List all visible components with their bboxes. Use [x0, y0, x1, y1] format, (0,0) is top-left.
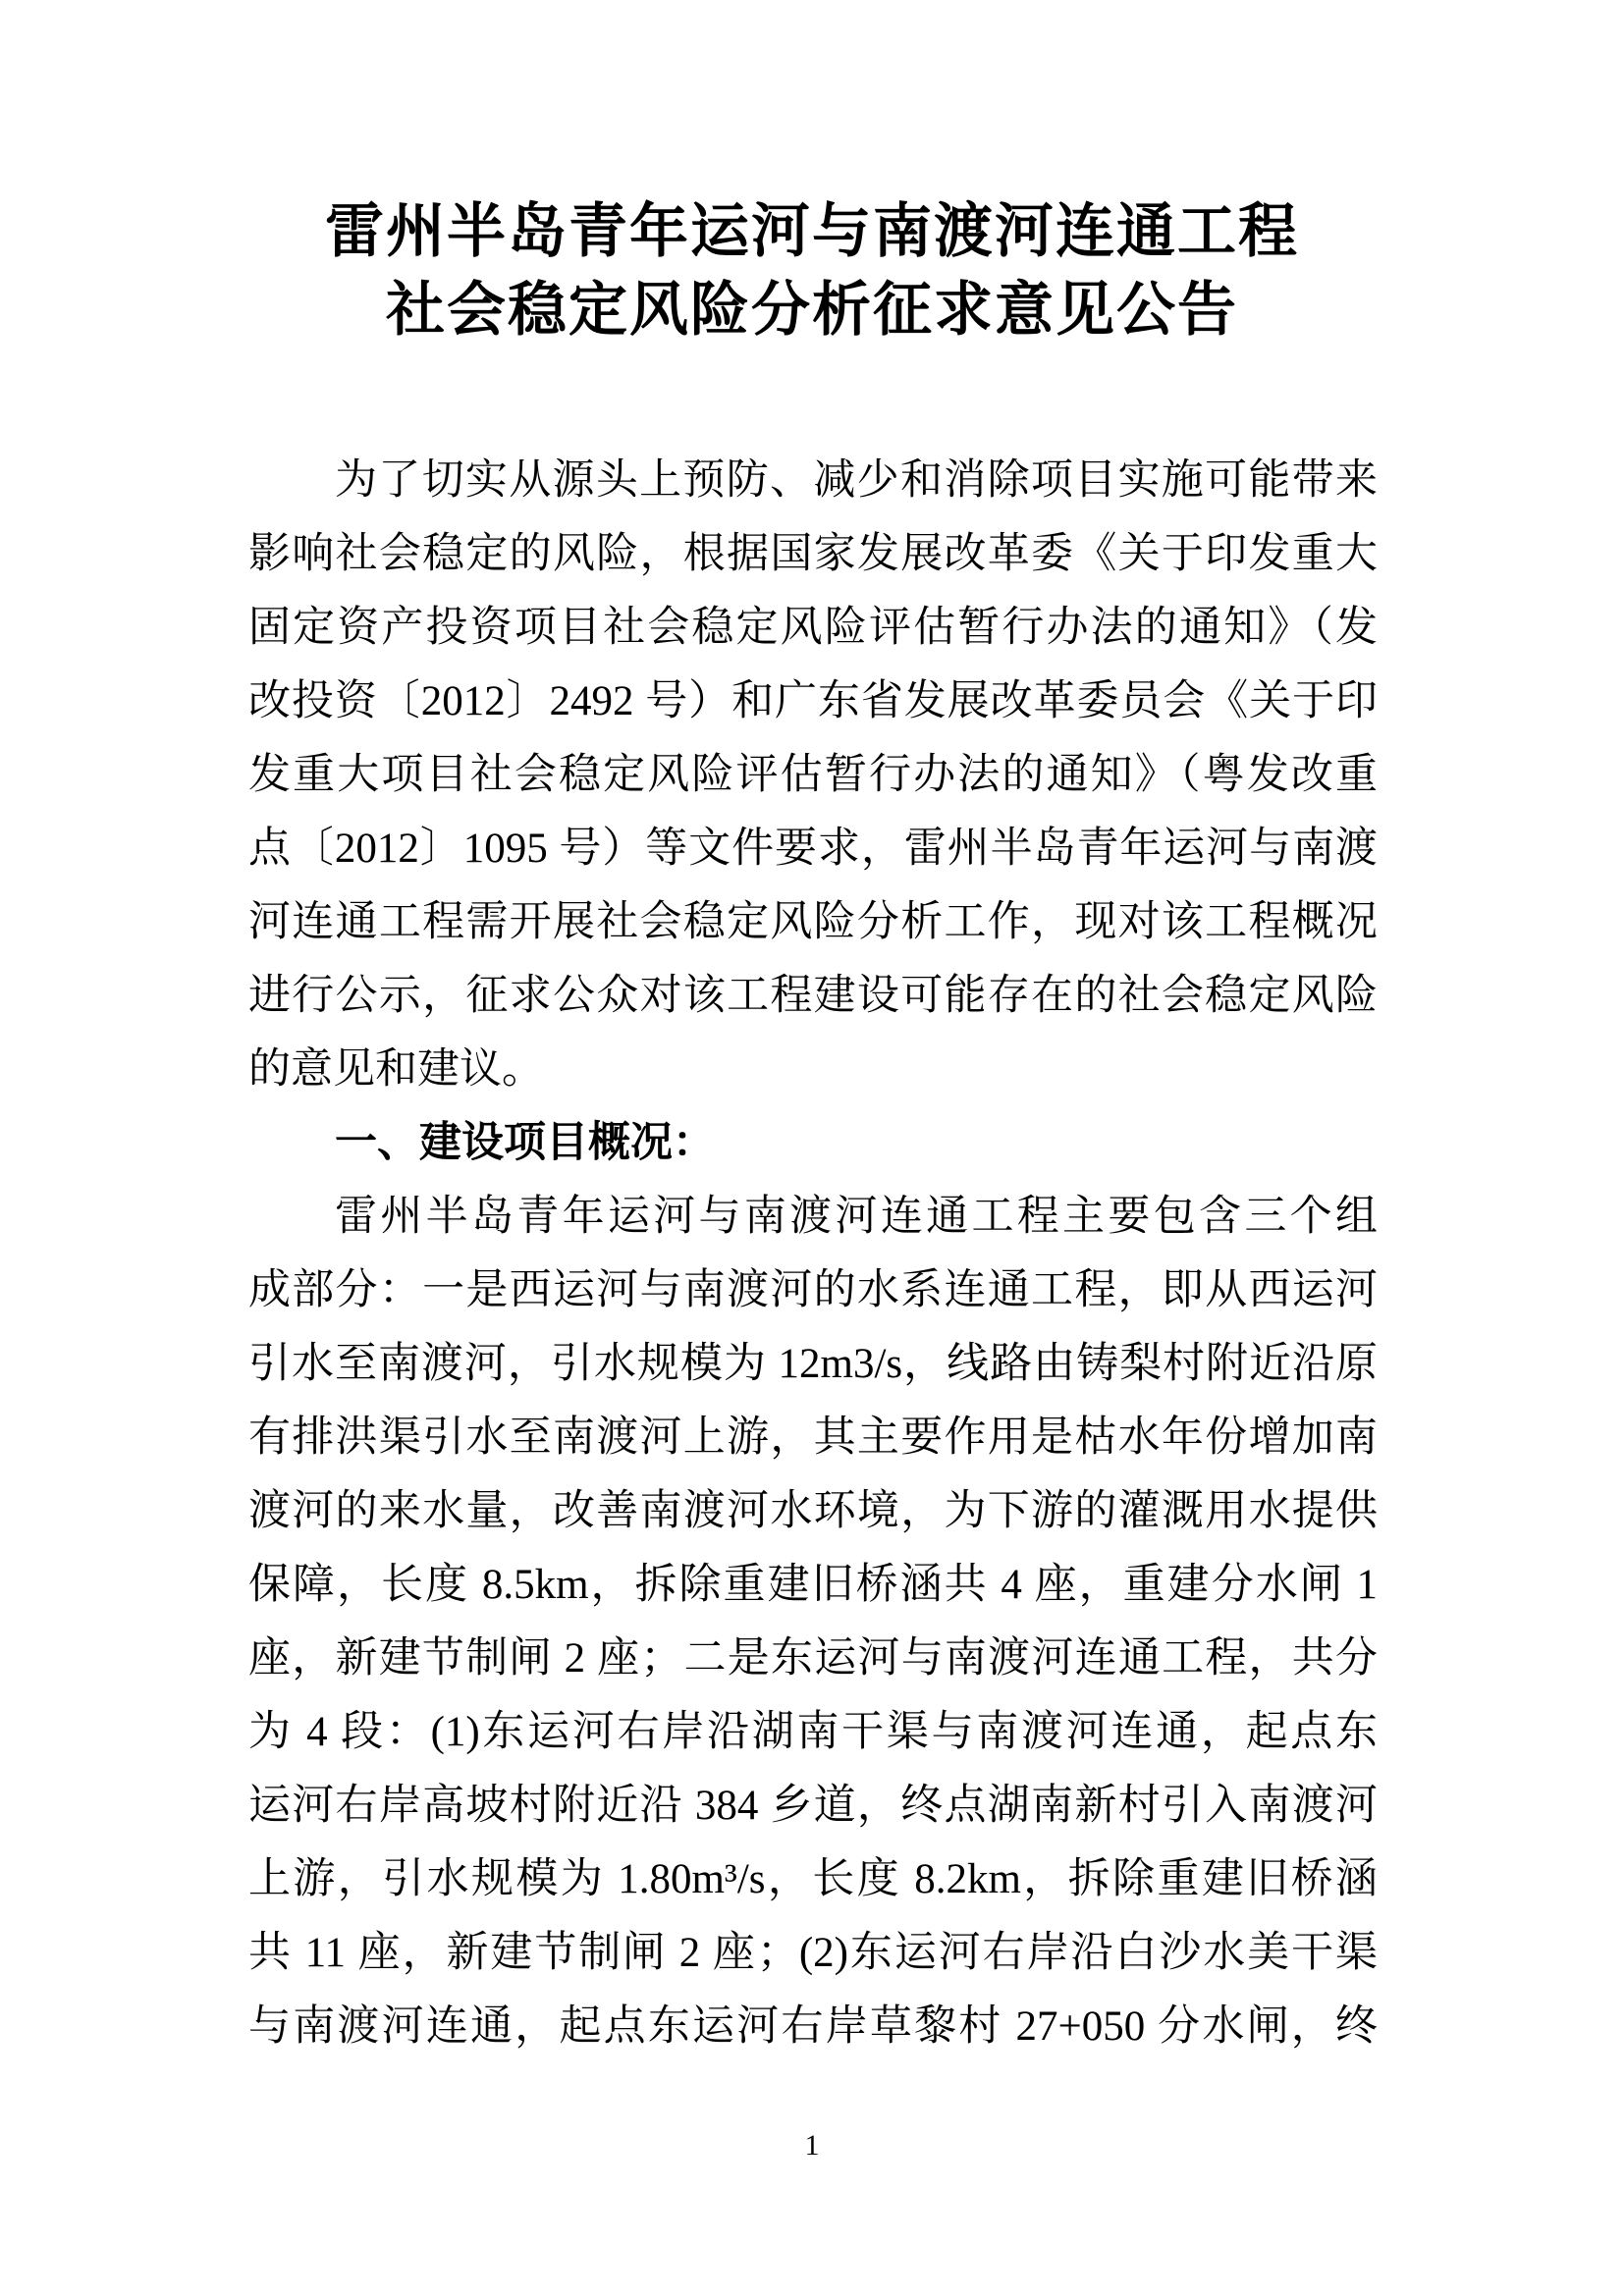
text-line: 保障，长度 8.5km，拆除重建旧桥涵共 4 座，重建分水闸 1: [248, 1548, 1378, 1622]
text-line: 进行公示，征求公众对该工程建设可能存在的社会稳定风险: [248, 959, 1378, 1033]
text-line: 的意见和建议。: [248, 1033, 1378, 1106]
text-line: 为 4 段：(1)东运河右岸沿湖南干渠与南渡河连通，起点东: [248, 1695, 1378, 1769]
page-number: 1: [0, 2128, 1624, 2163]
document-body: 为了切实从源头上预防、减少和消除项目实施可能带来 影响社会稳定的风险，根据国家发…: [248, 444, 1378, 2063]
text-line: 雷州半岛青年运河与南渡河连通工程主要包含三个组: [248, 1180, 1378, 1254]
text-line: 发重大项目社会稳定风险评估暂行办法的通知》（粤发改重: [248, 738, 1378, 812]
text-line: 为了切实从源头上预防、减少和消除项目实施可能带来: [248, 444, 1378, 517]
document-page: 雷州半岛青年运河与南渡河连通工程 社会稳定风险分析征求意见公告 为了切实从源头上…: [0, 0, 1624, 2296]
text-line: 影响社会稳定的风险，根据国家发展改革委《关于印发重大: [248, 517, 1378, 591]
title-line-2: 社会稳定风险分析征求意见公告: [0, 271, 1624, 349]
text-line: 有排洪渠引水至南渡河上游，其主要作用是枯水年份增加南: [248, 1401, 1378, 1474]
text-line: 上游，引水规模为 1.80m³/s，长度 8.2km，拆除重建旧桥涵: [248, 1842, 1378, 1916]
text-line: 固定资产投资项目社会稳定风险评估暂行办法的通知》（发: [248, 591, 1378, 665]
text-line: 引水至南渡河，引水规模为 12m3/s，线路由铸梨村附近沿原: [248, 1327, 1378, 1401]
text-line: 改投资〔2012〕2492 号）和广东省发展改革委员会《关于印: [248, 665, 1378, 738]
text-line: 与南渡河连通，起点东运河右岸草黎村 27+050 分水闸，终: [248, 1990, 1378, 2063]
text-line: 点〔2012〕1095 号）等文件要求，雷州半岛青年运河与南渡: [248, 812, 1378, 885]
text-line: 渡河的来水量，改善南渡河水环境，为下游的灌溉用水提供: [248, 1474, 1378, 1548]
title-line-1: 雷州半岛青年运河与南渡河连通工程: [0, 192, 1624, 271]
text-line: 共 11 座，新建节制闸 2 座；(2)东运河右岸沿白沙水美干渠: [248, 1916, 1378, 1990]
text-line: 运河右岸高坡村附近沿 384 乡道，终点湖南新村引入南渡河: [248, 1769, 1378, 1842]
text-line: 河连通工程需开展社会稳定风险分析工作，现对该工程概况: [248, 885, 1378, 959]
text-line: 成部分：一是西运河与南渡河的水系连通工程，即从西运河: [248, 1254, 1378, 1327]
text-line: 座，新建节制闸 2 座；二是东运河与南渡河连通工程，共分: [248, 1622, 1378, 1695]
section-heading: 一、建设项目概况：: [248, 1106, 1378, 1180]
document-title: 雷州半岛青年运河与南渡河连通工程 社会稳定风险分析征求意见公告: [0, 192, 1624, 349]
